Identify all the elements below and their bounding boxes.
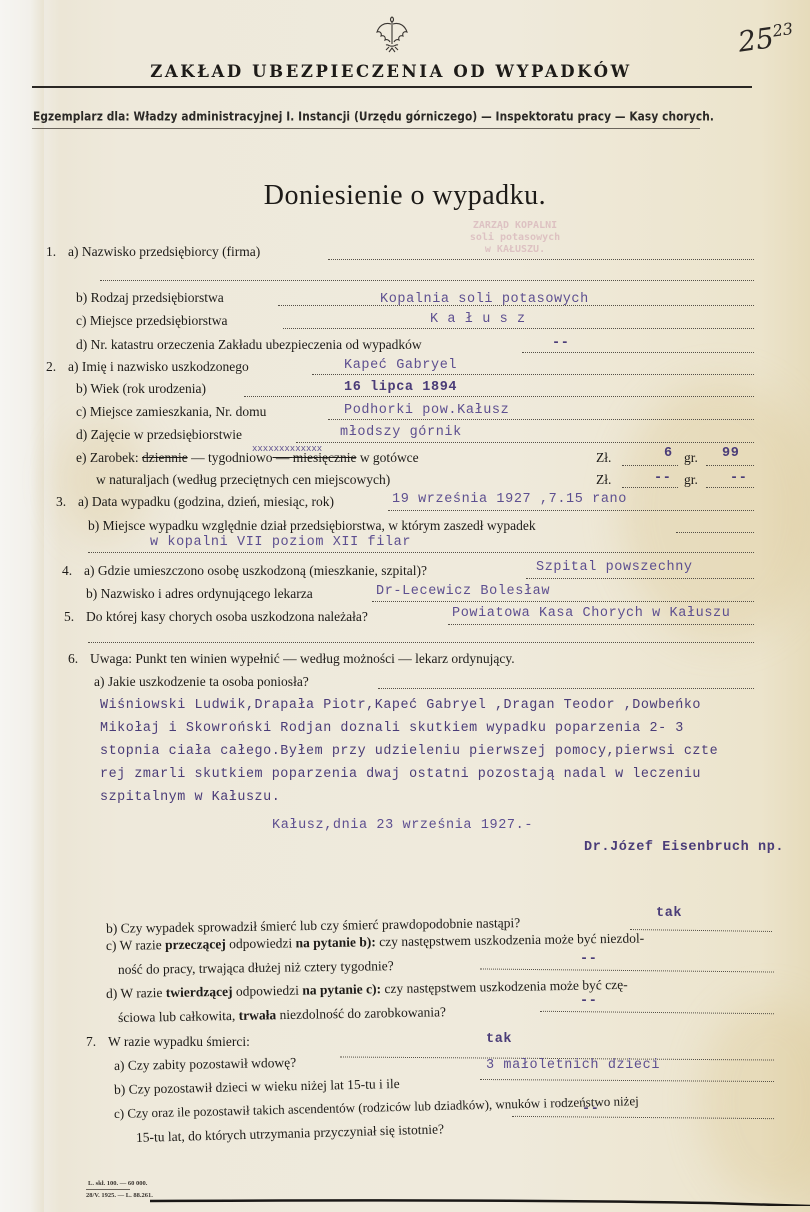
field-1a-label: 1.a) Nazwisko przedsiębiorcy (firma): [46, 244, 260, 260]
field-7c-label: c) Czy oraz ile pozostawił takich ascend…: [114, 1093, 639, 1122]
copies-note: Egzemplarz dla: Władzy administracyjnej …: [33, 110, 714, 124]
field-3a-value: 19 września 1927 ,7.15 rano: [392, 492, 627, 507]
field-5-value: Powiatowa Kasa Chorych w Kałuszu: [452, 606, 730, 621]
field-6d-label-2: ściowa lub całkowita, trwała niezdolność…: [118, 1004, 446, 1026]
field-6b-value: tak: [656, 906, 682, 921]
field-6d-label: d) W razie twierdzącej odpowiedzi na pyt…: [106, 977, 628, 1002]
field-3a-label: 3.a) Data wypadku (godzina, dzień, miesi…: [56, 494, 334, 510]
doctor-signature: Dr.Józef Eisenbruch np.: [584, 840, 784, 855]
field-2a-label: 2.a) Imię i nazwisko uszkodzonego: [46, 359, 249, 375]
place-date: Kałusz,dnia 23 września 1927.-: [272, 818, 533, 833]
field-2d-line[interactable]: [296, 442, 754, 443]
company-stamp: ZARZĄD KOPALNI soli potasowych w KAŁUSZU…: [405, 220, 625, 256]
header-rule: [32, 86, 752, 88]
field-1c-label: c) Miejsce przedsiębiorstwa: [76, 313, 227, 329]
gr-cash-line[interactable]: [706, 465, 754, 466]
section-6-note: 6.Uwaga: Punkt ten winien wypełnić — wed…: [68, 651, 515, 667]
field-1c-line[interactable]: [283, 328, 754, 329]
field-1b-value: Kopalnia soli potasowych: [380, 292, 589, 307]
field-2b-line[interactable]: [244, 396, 754, 397]
field-7c-label-2: 15-tu lat, do których utrzymania przyczy…: [136, 1121, 444, 1146]
field-3b-line[interactable]: [676, 532, 754, 533]
field-1d-line[interactable]: [522, 352, 754, 353]
page-title: Doniesienie o wypadku.: [0, 180, 810, 212]
zl-cash-line[interactable]: [622, 465, 678, 466]
print-info-rule: [86, 1189, 130, 1190]
gr-label-kind: gr.: [684, 472, 698, 488]
field-1d-label: d) Nr. katastru orzeczenia Zakładu ubezp…: [76, 337, 422, 353]
field-1a-line-2[interactable]: [100, 280, 754, 281]
field-3b-value: w kopalni VII poziom XII filar: [150, 535, 411, 550]
field-7a-value: tak: [486, 1032, 512, 1047]
field-4a-value: Szpital powszechny: [536, 560, 693, 575]
field-6c-line[interactable]: [480, 968, 774, 972]
field-4b-line[interactable]: [372, 601, 754, 602]
field-1d-value: --: [552, 336, 569, 351]
field-1b-label: b) Rodzaj przedsiębiorstwa: [76, 290, 224, 306]
field-2d-label: d) Zajęcie w przedsiębiorstwie: [76, 427, 242, 443]
field-7c-value: --: [582, 1102, 599, 1117]
field-2d-value: młodszy górnik: [340, 425, 462, 440]
field-4a-line[interactable]: [526, 578, 754, 579]
print-info-2: 28/V. 1925. — L. 88.261.: [86, 1192, 153, 1199]
field-6c-value: --: [580, 952, 597, 967]
field-7b-label: b) Czy pozostawił dzieci w wieku niżej l…: [114, 1076, 400, 1098]
eagle-emblem-icon: [372, 14, 412, 58]
zl-label: Zł.: [596, 450, 611, 466]
field-2a-line[interactable]: [312, 374, 754, 375]
field-4b-label: b) Nazwisko i adres ordynującego lekarza: [86, 586, 313, 602]
zl-cash-value: 6: [664, 446, 673, 461]
injury-description: Wiśniowski Ludwik,Drapała Piotr,Kapeć Ga…: [100, 694, 810, 809]
field-4a-label: 4.a) Gdzie umieszczono osobę uszkodzoną …: [62, 563, 427, 579]
field-2c-line[interactable]: [328, 419, 754, 420]
zl-kind-value: --: [654, 471, 671, 486]
field-1a-line[interactable]: [328, 259, 754, 260]
zl-label-kind: Zł.: [596, 472, 611, 488]
field-1c-value: K a ł u s z: [430, 312, 526, 327]
page-bottom-edge: [150, 1198, 810, 1206]
field-6c-label-2: ność do pracy, trwająca dłużej niż czter…: [118, 958, 394, 978]
field-2b-value: 16 lipca 1894: [344, 380, 457, 395]
field-2c-value: Podhorki pow.Kałusz: [344, 403, 509, 418]
option-daily-struck: dziennie: [142, 450, 188, 465]
field-4b-value: Dr-Lecewicz Bolesław: [376, 584, 550, 599]
field-6b-line[interactable]: [630, 929, 772, 932]
gr-kind-value: --: [730, 471, 747, 486]
field-7a-label: a) Czy zabity pozostawił wdowę?: [114, 1055, 296, 1074]
section-7-heading: 7.W razie wypadku śmierci:: [86, 1034, 250, 1050]
field-7b-value: 3 małoletnich dzieci: [486, 1058, 660, 1073]
archive-number: 2523: [736, 18, 796, 58]
field-2c-label: c) Miejsce zamieszkania, Nr. domu: [76, 404, 266, 420]
field-2a-value: Kapeć Gabryel: [344, 358, 457, 373]
print-info-1: L. skł. 100. — 60 000.: [88, 1180, 147, 1187]
field-2b-label: b) Wiek (rok urodzenia): [76, 381, 206, 397]
gr-cash-value: 99: [722, 446, 739, 461]
gr-kind-line[interactable]: [706, 487, 754, 488]
field-6d-value: --: [580, 994, 597, 1009]
typed-overstrike: xxxxxxxxxxxxx: [252, 444, 322, 454]
field-5-line[interactable]: [448, 624, 754, 625]
zl-kind-line[interactable]: [622, 487, 678, 488]
field-6a-label: a) Jakie uszkodzenie ta osoba poniosła?: [94, 674, 309, 690]
field-2f-label: w naturaljach (według przeciętnych cen m…: [96, 472, 390, 488]
field-3b-label: b) Miejsce wypadku względnie dział przed…: [88, 518, 536, 534]
paper-stain: [700, 1000, 810, 1200]
gr-label: gr.: [684, 450, 698, 466]
field-3a-line[interactable]: [388, 510, 754, 511]
institution-name: ZAKŁAD UBEZPIECZENIA OD WYPADKÓW: [32, 62, 750, 81]
copies-rule: [32, 128, 700, 129]
field-6a-line[interactable]: [378, 688, 754, 689]
field-5-label: 5.Do której kasy chorych osoba uszkodzon…: [64, 609, 368, 625]
field-2e-label: e) Zarobek: dziennie — tygodniowo — mies…: [76, 450, 419, 466]
field-5-line-2[interactable]: [88, 642, 754, 643]
field-3b-line-2[interactable]: [88, 552, 754, 553]
